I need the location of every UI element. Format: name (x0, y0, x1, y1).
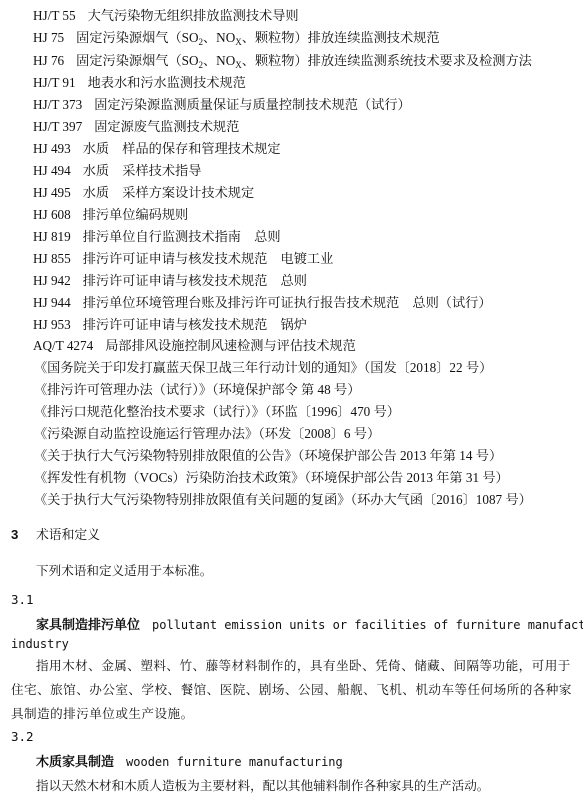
document-item: 《排污口规范化整治技术要求（试行）》（环监〔1996〕470 号） (34, 404, 400, 420)
reference-code: AQ/T 4274 (33, 338, 93, 354)
reference-item: HJ/T 55大气污染物无组织排放监测技术导则 (33, 8, 299, 24)
reference-item: HJ 493水质 样品的保存和管理技术规定 (33, 141, 281, 157)
reference-code: HJ/T 397 (33, 119, 82, 135)
reference-code: HJ 494 (33, 163, 71, 179)
document-page: HJ/T 55大气污染物无组织排放监测技术导则 HJ 75固定污染源烟气（SO2… (0, 0, 583, 804)
term-zh: 家具制造排污单位 (36, 618, 140, 633)
reference-title: 局部排风设施控制风速检测与评估技术规范 (105, 338, 356, 353)
term-en: pollutant emission units or facilities o… (152, 618, 583, 632)
reference-item: HJ 819排污单位自行监测技术指南 总则 (33, 229, 281, 245)
reference-title: 排污许可证申请与核发技术规范 电镀工业 (83, 251, 334, 266)
term-heading: 家具制造排污单位pollutant emission units or faci… (36, 617, 583, 634)
reference-title: 水质 采样技术指导 (83, 163, 202, 178)
reference-code: HJ 819 (33, 229, 71, 245)
reference-item: HJ 944排污单位环境管理台账及排污许可证执行报告技术规范 总则（试行） (33, 295, 492, 311)
clause-number: 3.1 (11, 592, 34, 607)
document-item: 《污染源自动监控设施运行管理办法》（环发〔2008〕6 号） (34, 426, 380, 442)
reference-title: 排污单位环境管理台账及排污许可证执行报告技术规范 总则（试行） (83, 295, 492, 310)
reference-title: 固定污染源烟气（SO2、NOX、颗粒物）排放连续监测系统技术要求及检测方法 (76, 53, 532, 68)
reference-title: 水质 样品的保存和管理技术规定 (83, 141, 281, 156)
reference-code: HJ 855 (33, 251, 71, 267)
reference-title: 地表水和污水监测技术规范 (88, 75, 246, 90)
reference-code: HJ/T 55 (33, 8, 76, 24)
reference-item: HJ 608排污单位编码规则 (33, 207, 188, 223)
section-intro: 下列术语和定义适用于本标准。 (36, 563, 212, 579)
document-item: 《挥发性有机物（VOCs）污染防治技术政策》（环境保护部公告 2013 年第 3… (34, 470, 509, 486)
reference-item: HJ 855排污许可证申请与核发技术规范 电镀工业 (33, 251, 333, 267)
reference-item: HJ 953排污许可证申请与核发技术规范 锅炉 (33, 317, 307, 333)
reference-item: HJ/T 397固定源废气监测技术规范 (33, 119, 239, 135)
reference-code: HJ 953 (33, 317, 71, 333)
term-en: wooden furniture manufacturing (126, 755, 343, 769)
reference-title: 排污单位编码规则 (83, 207, 189, 222)
reference-code: HJ 942 (33, 273, 71, 289)
reference-code: HJ 76 (33, 53, 64, 69)
clause-number: 3.2 (11, 729, 34, 744)
reference-item: HJ/T 373固定污染源监测质量保证与质量控制技术规范（试行） (33, 97, 411, 113)
document-item: 《排污许可管理办法（试行）》（环境保护部令 第 48 号） (34, 382, 360, 398)
term-zh: 木质家具制造 (36, 755, 114, 770)
reference-item: HJ 495水质 采样方案设计技术规定 (33, 185, 254, 201)
reference-title: 排污单位自行监测技术指南 总则 (83, 229, 281, 244)
reference-code: HJ 495 (33, 185, 71, 201)
reference-title: 排污许可证申请与核发技术规范 总则 (83, 273, 307, 288)
document-item: 《关于执行大气污染物特别排放限值有关问题的复函》（环办大气函〔2016〕1087… (34, 492, 532, 508)
reference-item: HJ/T 91地表水和污水监测技术规范 (33, 75, 246, 91)
reference-title: 固定污染源烟气（SO2、NOX、颗粒物）排放连续监测技术规范 (76, 30, 439, 45)
reference-item: HJ 76固定污染源烟气（SO2、NOX、颗粒物）排放连续监测系统技术要求及检测… (33, 53, 532, 69)
term-en-continued: industry (11, 636, 69, 652)
term-definition: 指以天然木材和木质人造板为主要材料，配以其他辅料制作各种家具的生产活动。 (36, 778, 489, 794)
reference-code: HJ/T 91 (33, 75, 76, 91)
term-definition: 指用木材、金属、塑料、竹、藤等材料制作的，具有坐卧、凭倚、储藏、间隔等功能，可用… (11, 654, 573, 726)
reference-code: HJ 75 (33, 30, 64, 46)
reference-item: HJ 494水质 采样技术指导 (33, 163, 201, 179)
reference-code: HJ 608 (33, 207, 71, 223)
section-number: 3 (11, 527, 36, 542)
reference-title: 固定污染源监测质量保证与质量控制技术规范（试行） (94, 97, 411, 112)
reference-title: 大气污染物无组织排放监测技术导则 (88, 8, 299, 23)
reference-code: HJ 493 (33, 141, 71, 157)
reference-code: HJ/T 373 (33, 97, 82, 113)
section-title: 术语和定义 (36, 528, 100, 543)
reference-item: AQ/T 4274局部排风设施控制风速检测与评估技术规范 (33, 338, 356, 354)
document-item: 《关于执行大气污染物特别排放限值的公告》（环境保护部公告 2013 年第 14 … (34, 448, 502, 464)
reference-item: HJ 942排污许可证申请与核发技术规范 总则 (33, 273, 307, 289)
reference-code: HJ 944 (33, 295, 71, 311)
reference-item: HJ 75固定污染源烟气（SO2、NOX、颗粒物）排放连续监测技术规范 (33, 30, 440, 46)
section-heading: 3术语和定义 (11, 524, 100, 543)
term-heading: 木质家具制造wooden furniture manufacturing (36, 754, 343, 771)
document-item: 《国务院关于印发打赢蓝天保卫战三年行动计划的通知》（国发〔2018〕22 号） (34, 360, 492, 376)
reference-title: 水质 采样方案设计技术规定 (83, 185, 254, 200)
reference-title: 排污许可证申请与核发技术规范 锅炉 (83, 317, 307, 332)
reference-title: 固定源废气监测技术规范 (94, 119, 239, 134)
